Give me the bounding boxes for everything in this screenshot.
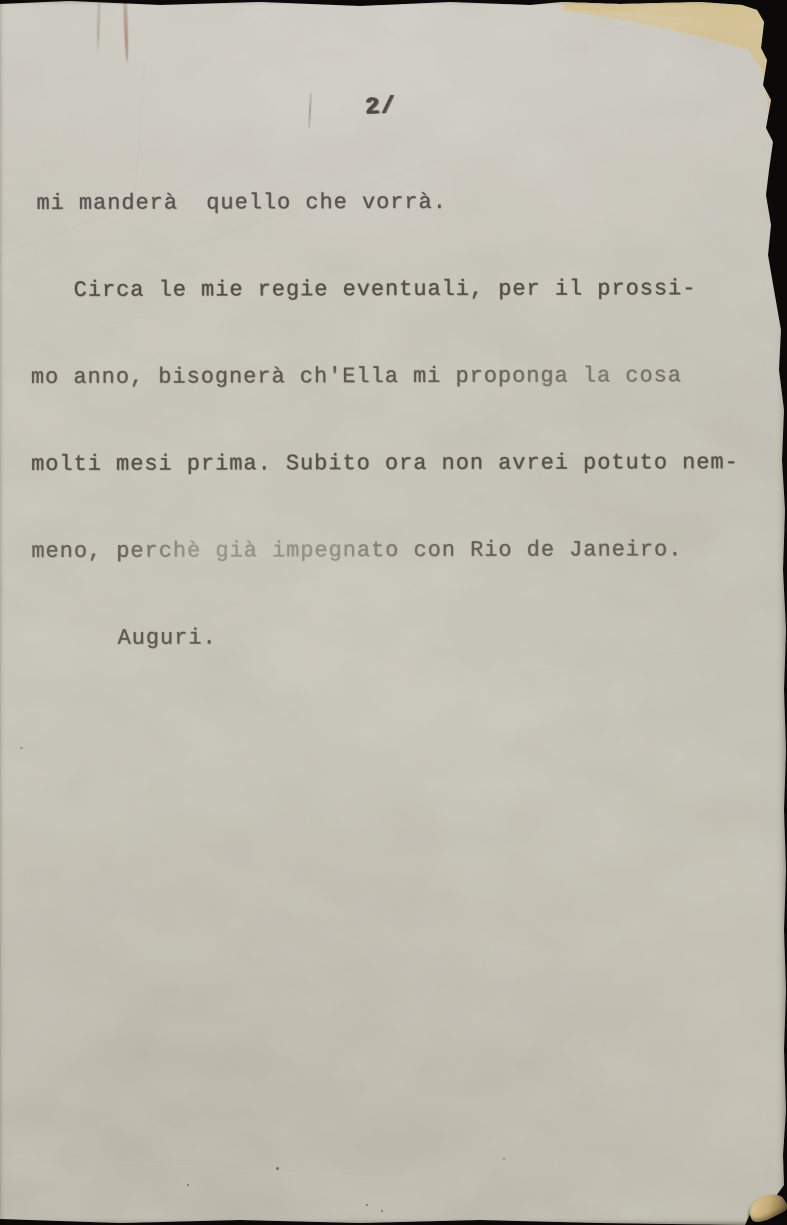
- typed-line: meno, perchè già impegnato con Rio de Ja…: [31, 535, 761, 566]
- scan-background: 2/ mi manderà quello che vorrà. Circa le…: [0, 0, 787, 1225]
- typed-line: mi manderà quello che vorrà.: [30, 187, 760, 218]
- ink-speck: [503, 1158, 505, 1160]
- page-number: 2/: [364, 93, 396, 122]
- typed-line: Auguri.: [32, 622, 762, 653]
- ink-speck: [276, 1167, 279, 1170]
- typed-line: Circa le mie regie eventuali, per il pro…: [31, 274, 761, 305]
- ink-speck: [381, 1210, 383, 1212]
- typed-line: mo anno, bisognerà ch'Ella mi proponga l…: [31, 361, 761, 392]
- typed-line: molti mesi prima. Subito ora non avrei p…: [31, 448, 761, 479]
- typed-text-block: mi manderà quello che vorrà. Circa le mi…: [30, 129, 762, 711]
- paperclip-rust-mark-left: [96, 0, 101, 54]
- paper-sheet: 2/ mi manderà quello che vorrà. Circa le…: [0, 0, 787, 1225]
- ink-speck: [20, 747, 23, 749]
- ink-speck: [366, 1204, 368, 1206]
- paperclip-rust-mark-right: [123, 0, 129, 64]
- pencil-mark: [308, 93, 312, 128]
- ink-speck: [187, 1184, 189, 1186]
- crease-line: [0, 1152, 410, 1180]
